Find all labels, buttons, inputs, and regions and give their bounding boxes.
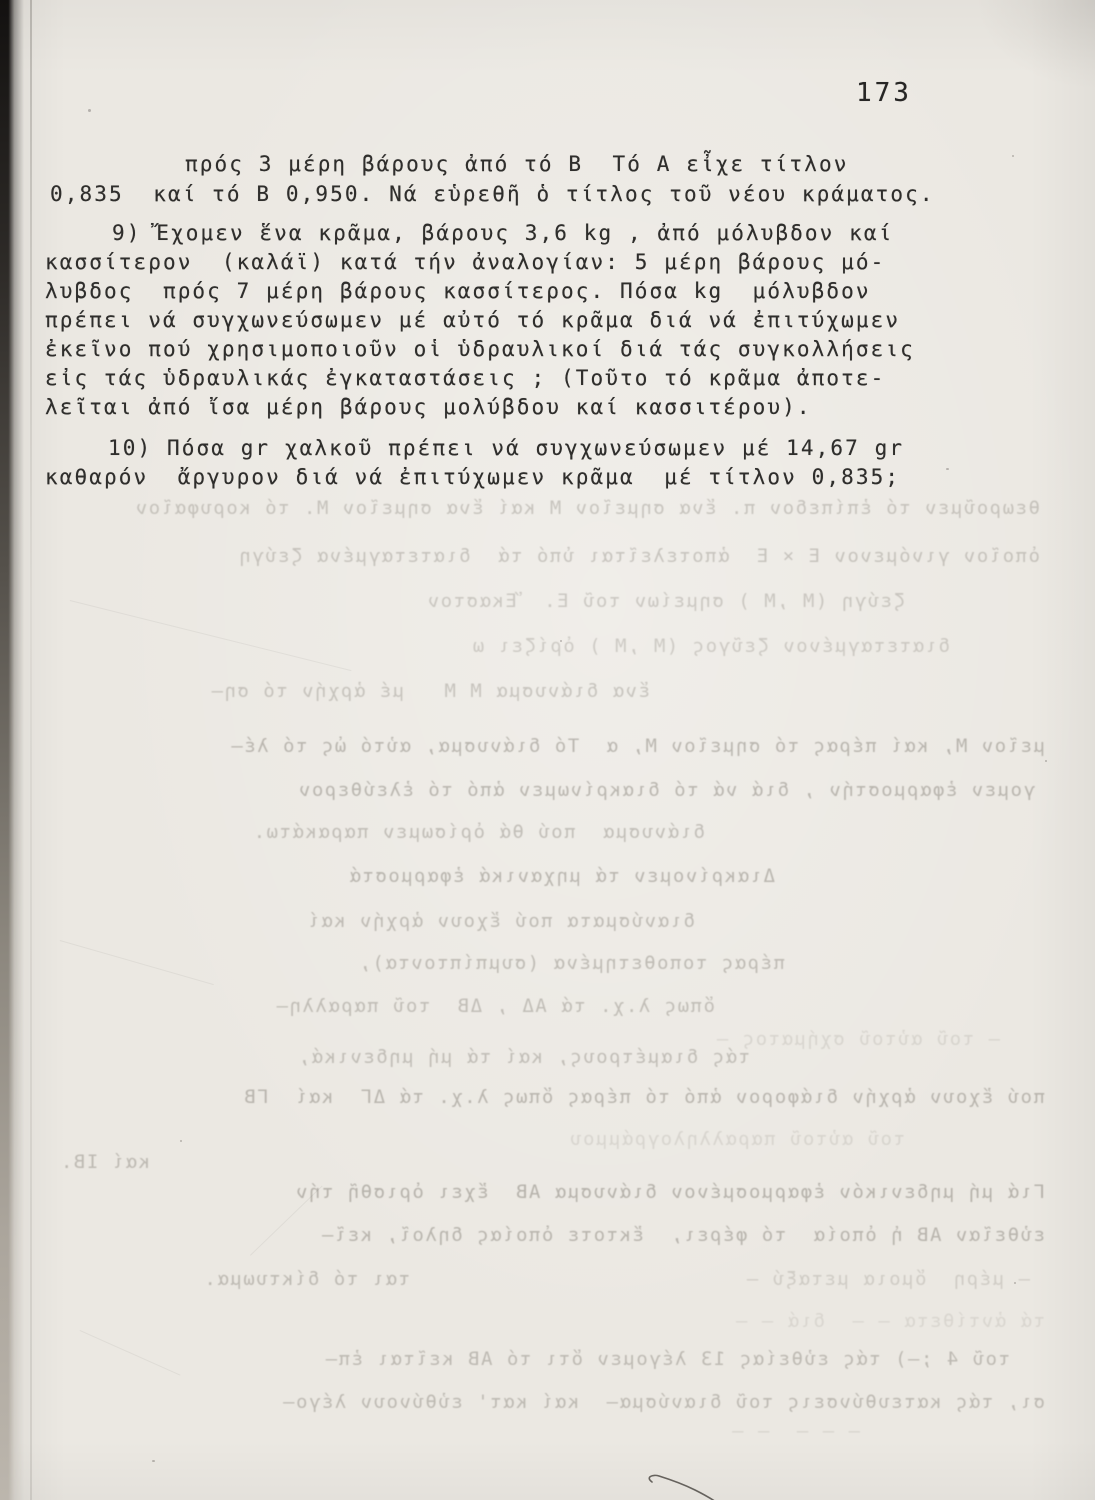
- problem-9-line-3: λυβδος πρός 7 μέρη βάρους κασσίτερος. Πό…: [45, 279, 871, 303]
- bleedthrough-line-25: — — — — —: [300, 1420, 860, 1447]
- dust-speck: [1014, 1282, 1016, 1284]
- problem-9-line-1: 9) Ἔχομεν ἕνα κρᾶμα, βάρους 3,6 kg , ἀπό…: [112, 221, 893, 245]
- dust-speck: [1012, 155, 1014, 157]
- dust-speck: [946, 468, 949, 470]
- corner-shade: [975, 0, 1095, 90]
- bleedthrough-line-17: καί ΙΒ.: [60, 1151, 150, 1178]
- problem-9-line-2: κασσίτερον (καλάϊ) κατά τήν ἀναλογίαν: 5…: [45, 250, 885, 274]
- pen-squiggle-mark: [634, 1468, 744, 1500]
- bleedthrough-line-1: θεωροῦμεν τό ἐπίπεδον π. ἕνα σημεῖον Μ κ…: [75, 497, 1040, 524]
- bleedthrough-line-12: ὅπως λ.χ. τά ΑΔ , ΔΒ τοῦ παραλλη—: [100, 995, 715, 1022]
- problem-8-continuation-line-1: πρός 3 μέρη βάρους ἀπό τό Β Τό Α εἶχε τί…: [185, 152, 848, 176]
- bleedthrough-line-23: τοῦ 4 ;—) τάς εὐθείας 13 λέγομεν ὅτι τό …: [120, 1348, 1010, 1375]
- problem-9-line-4: πρέπει νά συγχωνεύσωμεν μέ αὐτό τό κρᾶμα…: [45, 308, 900, 332]
- problem-9-line-7: λεῖται ἀπό ἴσα μέρη βάρους μολύβδου καί …: [45, 395, 812, 419]
- bleedthrough-line-15: πού ἔχουν ἀρχήν διάφορον ἀπό τό πέρας ὅπ…: [60, 1086, 1045, 1113]
- bleedthrough-line-10: διανύσματα πού ἔχουν ἀρχήν καί: [280, 910, 695, 937]
- bleedthrough-line-21: — μέρη ὅμοια μεταξύ —: [470, 1268, 1030, 1295]
- problem-10-line-2: καθαρόν ἄργυρον διά νά ἐπιτύχωμεν κρᾶμα …: [45, 465, 900, 489]
- dust-speck: [152, 1460, 155, 1462]
- bleedthrough-line-19: εὐθεῖαν ΑΒ ἡ ὁποία τό φέρει, ἔκτοτε ὁποί…: [60, 1224, 1045, 1251]
- bleedthrough-line-11: πέρας τοποθετημένα (συμπίπτοντα),: [280, 952, 785, 979]
- dust-speck: [180, 1140, 182, 1142]
- bleedthrough-line-5: ἕνα διάνυσμα Μ Μ μέ ἀρχήν τό ση—: [150, 680, 650, 707]
- crease-mark: [70, 600, 352, 671]
- bleedthrough-line-9: Διακρίνομεν τά μηχανικά ἐφαρμοστά: [280, 865, 775, 892]
- bleedthrough-line-4: διατεταγμένον ζεῦγος (Μ ,Μ ) ὁρίζει ω: [330, 635, 950, 662]
- bleedthrough-line-3: ζεύγη (Μ ,Μ ) σημείων τοῦ Ε. Ἕκαστον: [330, 590, 905, 617]
- dust-speck: [1045, 760, 1047, 762]
- paper-fold-line: [30, 0, 32, 1500]
- scan-edge-shadow: [0, 0, 24, 1500]
- problem-9-line-5: ἐκεῖνο πού χρησιμοποιοῦν οἱ ὑδραυλικοί δ…: [45, 337, 915, 361]
- dust-speck: [560, 640, 562, 642]
- problem-9-line-6: εἰς τάς ὑδραυλικάς ἐγκαταστάσεις ; (Τοῦτ…: [45, 366, 885, 390]
- bleedthrough-line-8: διάνυσμα πού θά ὁρίσωμεν παρακάτω.: [120, 821, 705, 848]
- bleedthrough-line-14: τάς διαμέτρους, καί τά μή μηδενικά,: [65, 1046, 750, 1073]
- crease-mark: [60, 940, 214, 985]
- problem-8-continuation-line-2: 0,835 καί τό Β 0,950. Νά εὑρεθῆ ὁ τίτλος…: [50, 182, 935, 206]
- bleedthrough-line-24: σι, τάς κατευθύνσεις τοῦ διανύσμα— καί κ…: [60, 1391, 1045, 1418]
- bleedthrough-line-6: μεῖον Μ, καί πέρας τό σημεῖον Μ, α Τό δι…: [100, 735, 1045, 762]
- bleedthrough-line-16: τοῦ αὐτοῦ παραλληλογράμμου: [330, 1128, 905, 1155]
- scanned-document-page: 173 πρός 3 μέρη βάρους ἀπό τό Β Τό Α εἶχ…: [0, 0, 1095, 1500]
- bleedthrough-line-2: ὁποῖον γινόμενον Ε × Ε ἀποτελεῖται ὑπό τ…: [150, 545, 1040, 572]
- bleedthrough-line-22: τά ἀντίθετα — — διά — —: [60, 1310, 1045, 1337]
- bleedthrough-line-7: γομεν ἐφαρμοστήν , διά νά τό διακρίνωμεν…: [60, 779, 1035, 806]
- problem-10-line-1: 10) Πόσα gr χαλκοῦ πρέπει νά συγχωνεύσωμ…: [108, 436, 904, 460]
- bleedthrough-line-20: ται τό δίκτυωμα.: [60, 1268, 410, 1295]
- dust-speck: [88, 109, 91, 112]
- page-number: 173: [856, 78, 912, 108]
- bleedthrough-line-18: Γιά μή μηδενικόν ἐφαρμοσμένον διάνυσμα Α…: [120, 1181, 1045, 1208]
